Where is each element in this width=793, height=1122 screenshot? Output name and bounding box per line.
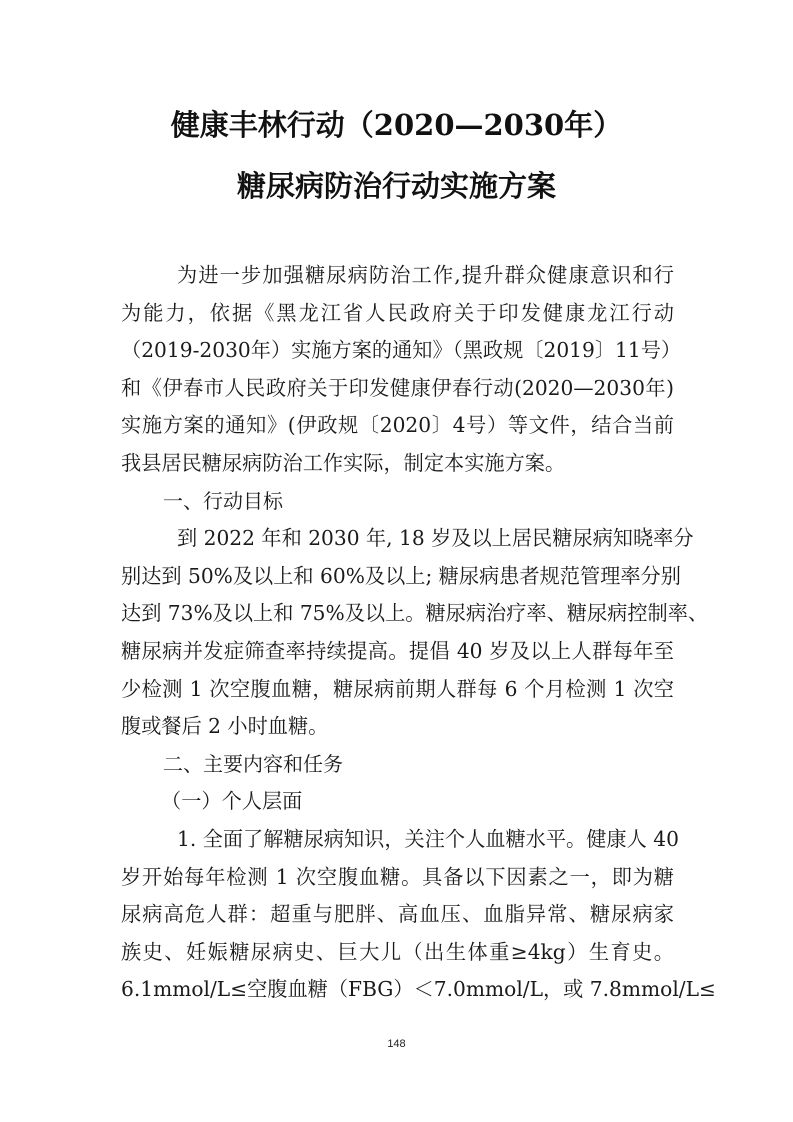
intro-line: （2019-2030年）实施方案的通知》（黑政规〔2019〕11号） [121,332,674,370]
page-number: 148 [0,1038,793,1050]
section2-line: 岁开始每年检测 1 次空腹血糖。具备以下因素之一，即为糖 [121,859,674,897]
section1-line: 糖尿病并发症筛查率持续提高。提倡 40 岁及以上人群每年至 [121,633,674,671]
intro-line: 我县居民糖尿病防治工作实际，制定本实施方案。 [121,445,674,483]
section1-line: 腹或餐后 2 小时血糖。 [121,708,674,746]
intro-line: 为进一步加强糖尿病防治工作,提升群众健康意识和行 [121,257,674,295]
document-page: 健康丰林行动（2020—2030年） 糖尿病防治行动实施方案 为进一步加强糖尿病… [0,0,793,1122]
section1-line: 到 2022 年和 2030 年, 18 岁及以上居民糖尿病知晓率分 [121,520,674,558]
section2-line: 族史、妊娠糖尿病史、巨大儿（出生体重≥4kg）生育史。 [121,934,674,972]
section2-line: 尿病高危人群：超重与肥胖、高血压、血脂异常、糖尿病家 [121,896,674,934]
intro-line: 和《伊春市人民政府关于印发健康伊春行动(2020—2030年) [121,370,674,408]
document-title-line-2: 糖尿病防治行动实施方案 [0,164,793,205]
document-body: 为进一步加强糖尿病防治工作,提升群众健康意识和行 为能力，依据《黑龙江省人民政府… [121,257,674,1009]
subsection-heading-individual: （一）个人层面 [121,783,674,821]
section-heading-goals: 一、行动目标 [121,483,674,521]
section-heading-tasks: 二、主要内容和任务 [121,746,674,784]
section1-line: 达到 73%及以上和 75%及以上。糖尿病治疗率、糖尿病控制率、 [121,595,674,633]
section2-line: 6.1mmol/L≤空腹血糖（FBG）＜7.0mmol/L，或 7.8mmol/… [121,971,674,1009]
document-title-line-1: 健康丰林行动（2020—2030年） [0,103,793,144]
intro-line: 实施方案的通知》(伊政规〔2020〕4号）等文件，结合当前 [121,407,674,445]
intro-line: 为能力，依据《黑龙江省人民政府关于印发健康龙江行动 [121,295,674,333]
section1-line: 少检测 1 次空腹血糖，糖尿病前期人群每 6 个月检测 1 次空 [121,671,674,709]
section1-line: 别达到 50%及以上和 60%及以上; 糖尿病患者规范管理率分别 [121,558,674,596]
section2-line: 1. 全面了解糖尿病知识，关注个人血糖水平。健康人 40 [121,821,674,859]
